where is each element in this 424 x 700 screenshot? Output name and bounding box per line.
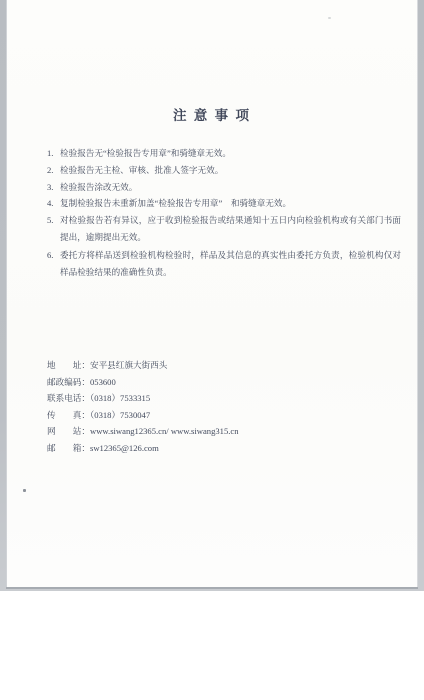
note-text: 检验报告涂改无效。 [60,179,401,196]
contact-value: （0318）7530047 [90,410,150,420]
note-number: 1. [47,145,60,162]
note-item-3: 3. 检验报告涂改无效。 [47,179,401,196]
contact-fax: 传 真：（0318）7530047 [47,407,377,424]
contact-website: 网 站：www.siwang12365.cn/ www.siwang315.cn [47,423,377,440]
scan-artifact-speck [23,489,26,492]
contact-value: 安平县红旗大街西头 [90,360,167,370]
contact-value: 053600 [90,377,116,387]
contact-value: （0318）7533315 [90,393,150,403]
note-number: 3. [47,179,60,196]
scan-artifact-speck [328,17,331,19]
note-item-5: 5. 对检验报告若有异议，应于收到检验报告或结果通知十五日内向检验机构或有关部门… [47,212,401,246]
contact-email: 邮 箱：sw12365@126.com [47,440,377,457]
note-text: 委托方将样品送到检验机构检验时，样品及其信息的真实性由委托方负责，检验机构仅对样… [60,247,401,281]
note-text: 复制检验报告未重新加盖“检验报告专用章” 和骑缝章无效。 [60,195,401,212]
document-page: 注 意 事 项 1. 检验报告无“检验报告专用章”和骑缝章无效。 2. 检验报告… [6,0,418,589]
note-text: 检验报告无主检、审核、批准人签字无效。 [60,162,401,179]
contact-label: 邮政编码： [47,377,90,387]
contact-label: 地 址： [47,360,90,370]
contact-value: sw12365@126.com [90,443,159,453]
note-number: 4. [47,195,60,212]
note-item-6: 6. 委托方将样品送到检验机构检验时，样品及其信息的真实性由委托方负责，检验机构… [47,247,401,281]
contact-phone: 联系电话：（0318）7533315 [47,390,377,407]
contact-label: 邮 箱： [47,443,90,453]
scanned-document: 注 意 事 项 1. 检验报告无“检验报告专用章”和骑缝章无效。 2. 检验报告… [0,0,424,700]
contact-address: 地 址：安平县红旗大街西头 [47,357,377,374]
contact-value: www.siwang12365.cn/ www.siwang315.cn [90,426,239,436]
contact-info-block: 地 址：安平县红旗大街西头 邮政编码：053600 联系电话：（0318）753… [47,357,377,456]
note-text: 检验报告无“检验报告专用章”和骑缝章无效。 [60,145,401,162]
page-title: 注 意 事 项 [6,104,418,124]
note-text: 对检验报告若有异议，应于收到检验报告或结果通知十五日内向检验机构或有关部门书面提… [60,212,401,246]
note-number: 5. [47,212,60,229]
note-item-4: 4. 复制检验报告未重新加盖“检验报告专用章” 和骑缝章无效。 [47,195,401,212]
note-item-1: 1. 检验报告无“检验报告专用章”和骑缝章无效。 [47,145,401,162]
contact-label: 传 真： [47,410,90,420]
contact-label: 联系电话： [47,393,90,403]
contact-label: 网 站： [47,426,90,436]
notes-list: 1. 检验报告无“检验报告专用章”和骑缝章无效。 2. 检验报告无主检、审核、批… [47,145,401,280]
contact-postal-code: 邮政编码：053600 [47,374,377,391]
note-number: 2. [47,162,60,179]
note-item-2: 2. 检验报告无主检、审核、批准人签字无效。 [47,162,401,179]
note-number: 6. [47,247,60,264]
